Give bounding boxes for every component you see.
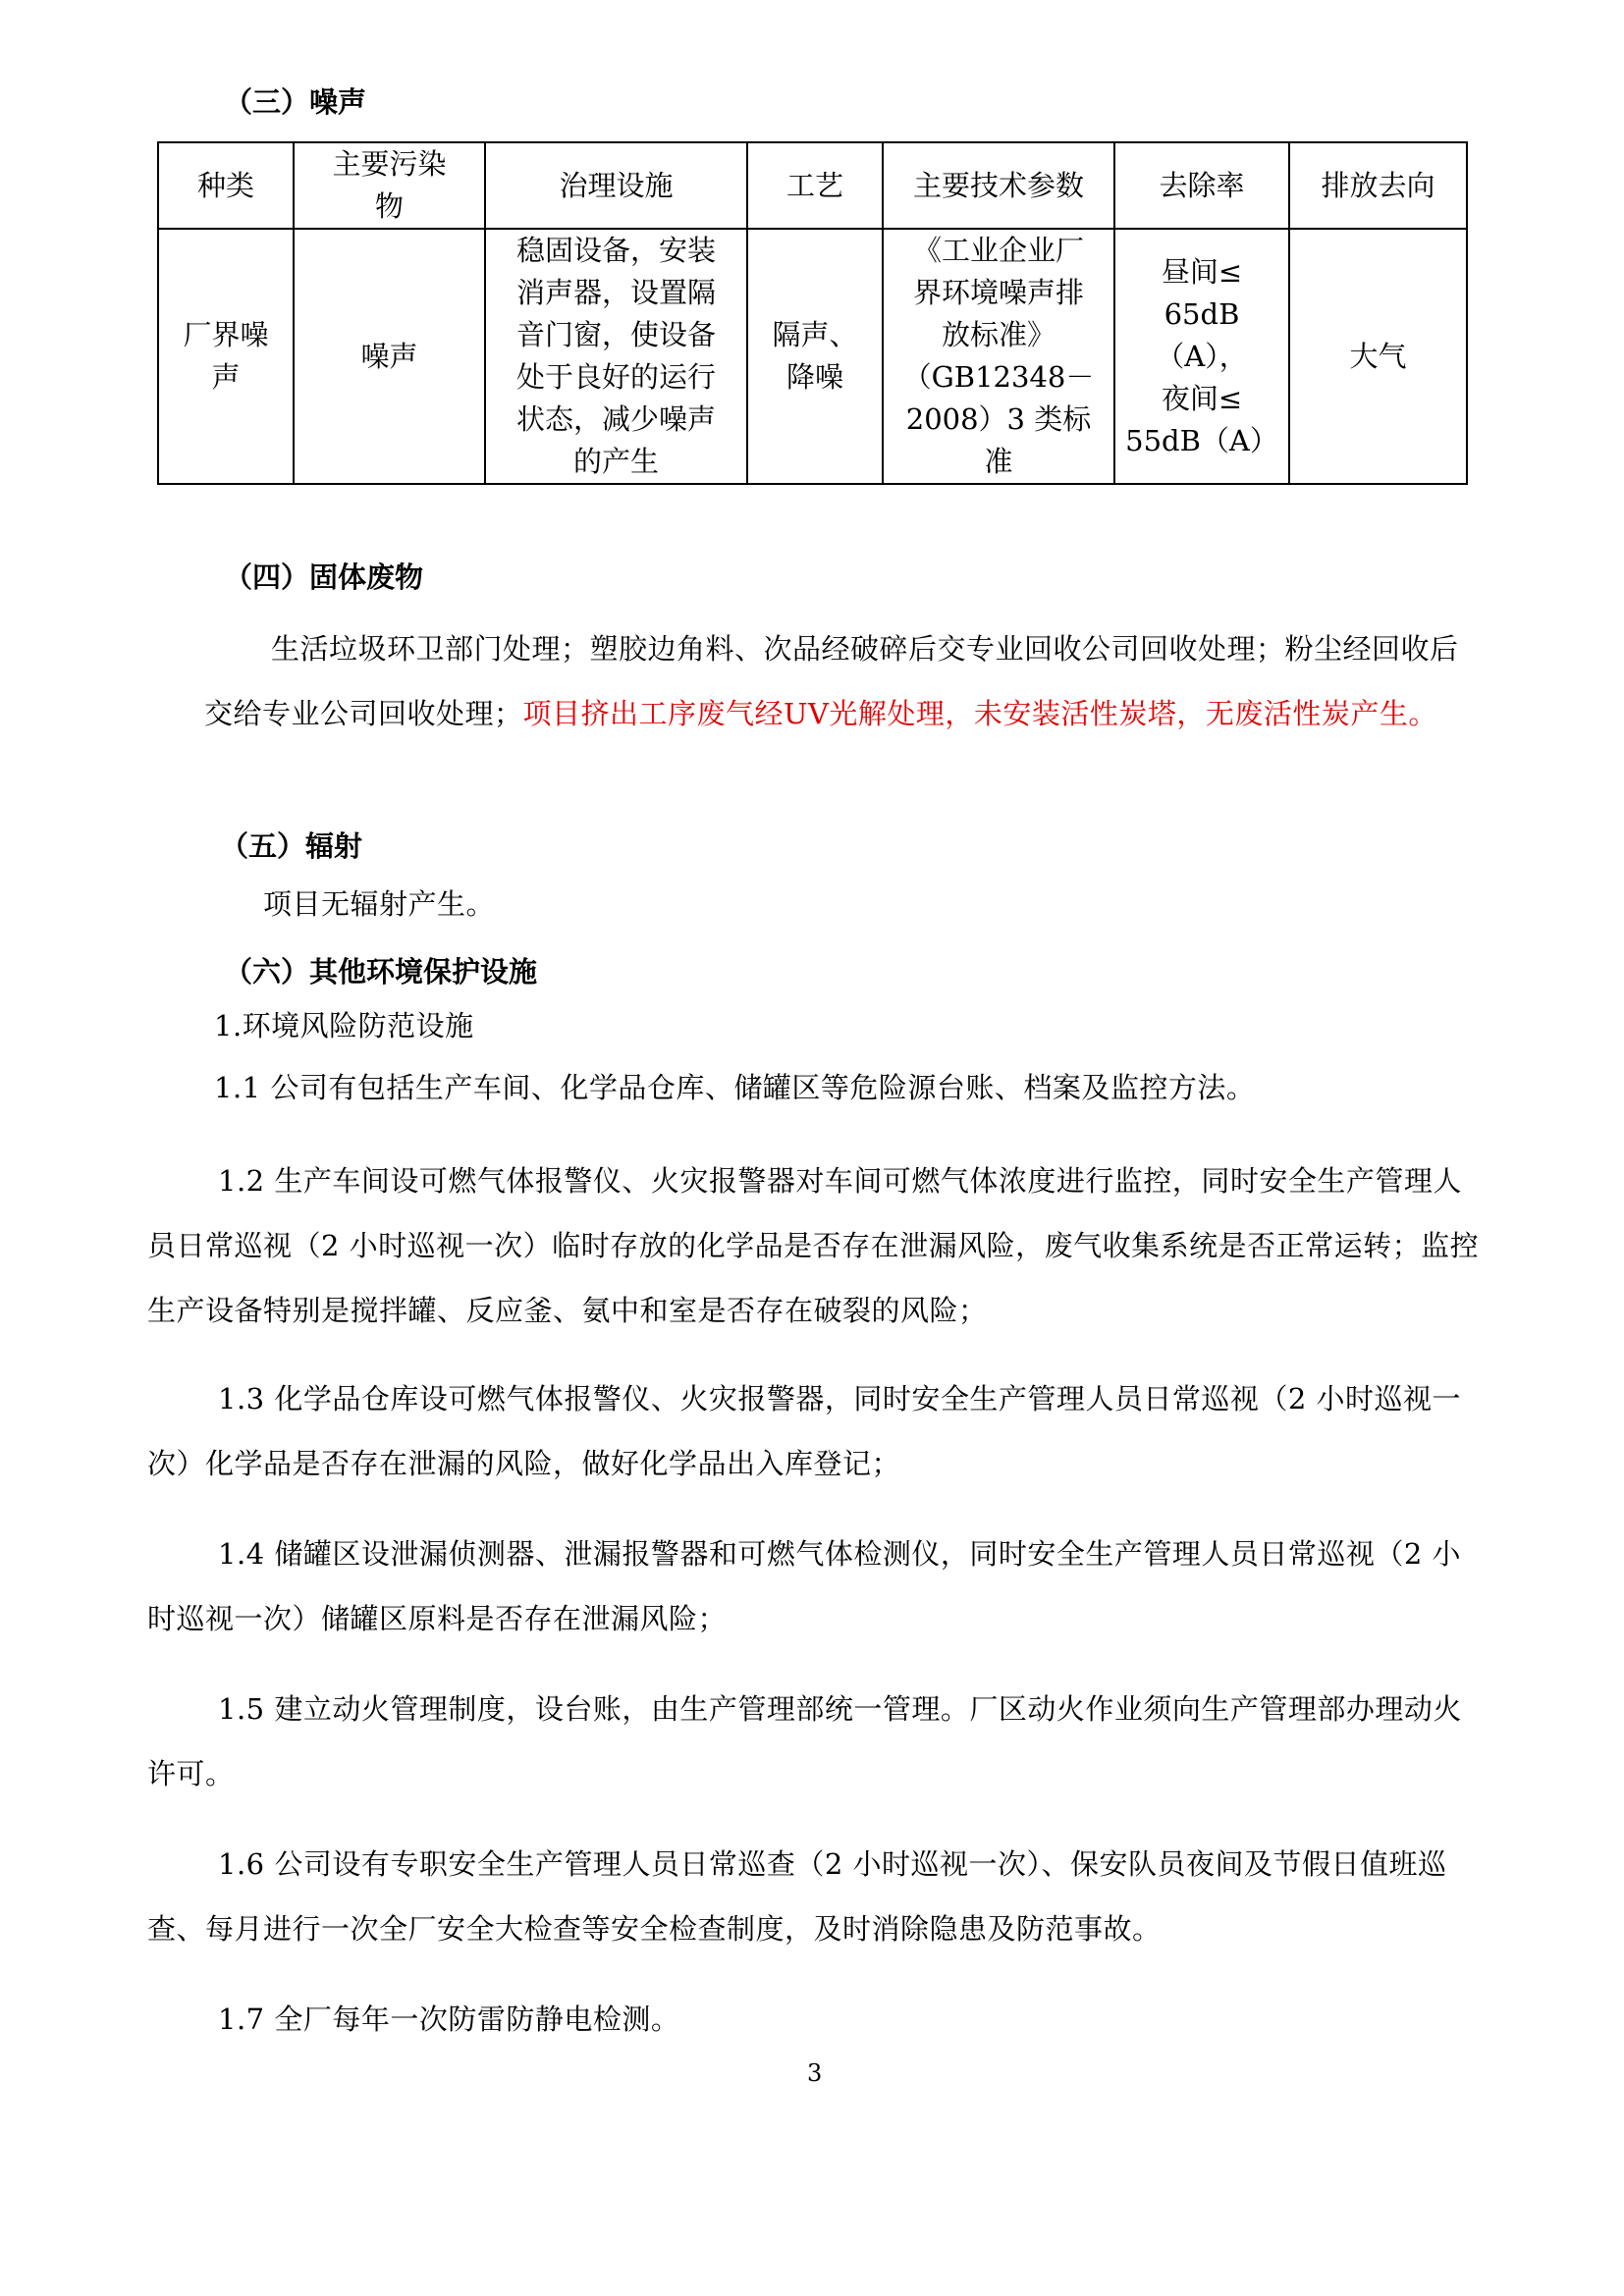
cell-line: 界环境噪声排	[890, 272, 1108, 314]
cell-line: 处于良好的运行	[492, 356, 740, 399]
cell-line: 主要污染	[300, 143, 478, 186]
cell-facility: 稳固设备，安装消声器，设置隔音门窗，使设备处于良好的运行状态，减少噪声的产生	[485, 229, 747, 484]
item-1-4: 1.4 储罐区设泄漏侦测器、泄漏报警器和可燃气体检测仪，同时安全生产管理人员日常…	[147, 1522, 1487, 1651]
cell-parameters: 《工业企业厂界环境噪声排放标准》（GB12348－2008）3 类标准	[883, 229, 1114, 484]
section-6-title: （六）其他环境保护设施	[224, 950, 537, 990]
cell-line: 状态，减少噪声	[492, 399, 740, 441]
cell-line: 昼间≤	[1121, 251, 1282, 294]
table-row: 厂界噪声 噪声 稳固设备，安装消声器，设置隔音门窗，使设备处于良好的运行状态，减…	[158, 229, 1467, 484]
cell-line: 工艺	[754, 165, 876, 207]
section-3-title: （三）噪声	[224, 80, 366, 121]
item-1-1: 1.1 公司有包括生产车间、化学品仓库、储罐区等危险源台账、档案及监控方法。	[214, 1055, 1255, 1120]
item-1-3: 1.3 化学品仓库设可燃气体报警仪、火灾报警器，同时安全生产管理人员日常巡视（2…	[147, 1366, 1487, 1496]
cell-line: 2008）3 类标	[890, 399, 1108, 441]
cell-line: 的产生	[492, 441, 740, 483]
cell-line: 种类	[165, 165, 287, 207]
cell-line: 声	[165, 356, 287, 399]
item-1-5: 1.5 建立动火管理制度，设台账，由生产管理部统一管理。厂区动火作业须向生产管理…	[147, 1677, 1487, 1806]
cell-line: 治理设施	[492, 165, 740, 207]
section-5-title: （五）辐射	[220, 825, 362, 865]
cell-line: 主要技术参数	[890, 165, 1108, 207]
cell-line: 准	[890, 441, 1108, 483]
cell-line: 音门窗，使设备	[492, 314, 740, 356]
header-parameters: 主要技术参数	[883, 142, 1114, 229]
solid-waste-highlight: 项目挤出工序废气经UV光解处理，未安装活性炭塔，无废活性炭产生。	[523, 697, 1437, 730]
cell-discharge: 大气	[1289, 229, 1467, 484]
cell-line: 夜间≤	[1121, 378, 1282, 420]
cell-line: 大气	[1296, 336, 1460, 378]
cell-line: 放标准》	[890, 314, 1108, 356]
cell-line: 厂界噪	[165, 314, 287, 356]
section-5-paragraph: 项目无辐射产生。	[263, 872, 495, 936]
cell-line: 隔声、	[754, 314, 876, 356]
cell-line: 去除率	[1121, 165, 1282, 207]
cell-line: 消声器，设置隔	[492, 272, 740, 314]
section-4-paragraph: 生活垃圾环卫部门处理；塑胶边角料、次品经破碎后交专业回收公司回收处理；粉尘经回收…	[204, 616, 1487, 746]
cell-category: 厂界噪声	[158, 229, 294, 484]
cell-line: 排放去向	[1296, 165, 1460, 207]
header-facility: 治理设施	[485, 142, 747, 229]
header-removal-rate: 去除率	[1114, 142, 1289, 229]
header-category: 种类	[158, 142, 294, 229]
cell-line: 噪声	[300, 336, 478, 378]
header-discharge: 排放去向	[1289, 142, 1467, 229]
section-6-subtitle: 1.环境风险防范设施	[214, 993, 474, 1058]
cell-line: 物	[300, 186, 478, 228]
cell-pollutant: 噪声	[294, 229, 485, 484]
item-1-7: 1.7 全厂每年一次防雷防静电检测。	[218, 1987, 679, 2052]
cell-line: （GB12348－	[890, 356, 1108, 399]
header-pollutant: 主要污染物	[294, 142, 485, 229]
cell-line: 《工业企业厂	[890, 230, 1108, 272]
noise-table: 种类 主要污染物 治理设施 工艺 主要技术参数 去除率 排放去向 厂界噪声 噪声…	[157, 141, 1468, 485]
section-4-title: （四）固体废物	[224, 556, 423, 596]
item-1-6: 1.6 公司设有专职安全生产管理人员日常巡查（2 小时巡视一次）、保安队员夜间及…	[147, 1832, 1487, 1961]
cell-line: 稳固设备，安装	[492, 230, 740, 272]
cell-removal-rate: 昼间≤65dB（A），夜间≤55dB（A）	[1114, 229, 1289, 484]
cell-line: 55dB（A）	[1121, 420, 1282, 462]
header-process: 工艺	[747, 142, 883, 229]
page-number: 3	[807, 2059, 822, 2087]
table-header-row: 种类 主要污染物 治理设施 工艺 主要技术参数 去除率 排放去向	[158, 142, 1467, 229]
cell-process: 隔声、降噪	[747, 229, 883, 484]
item-1-2: 1.2 生产车间设可燃气体报警仪、火灾报警器对车间可燃气体浓度进行监控，同时安全…	[147, 1148, 1487, 1343]
cell-line: 降噪	[754, 356, 876, 399]
cell-line: 65dB（A），	[1121, 294, 1282, 378]
